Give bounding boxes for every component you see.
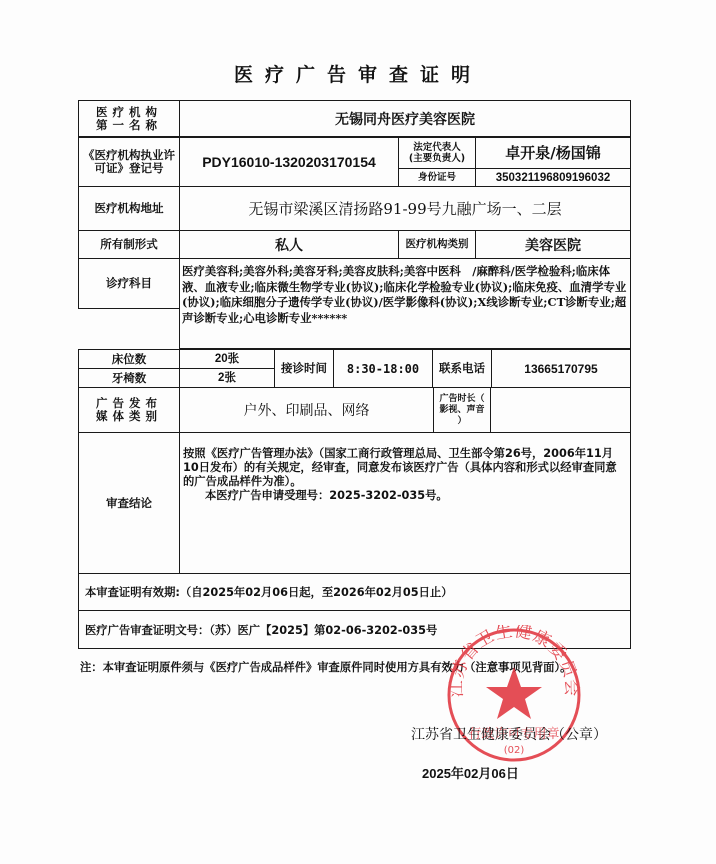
- label-line: 媒体类别: [96, 410, 162, 423]
- ownership-label: 所有制形式: [78, 230, 180, 259]
- license-number: PDY16010-1320203170154: [179, 136, 399, 187]
- issue-date: 2025年02月06日: [422, 763, 519, 782]
- document-title: 医疗广告审查证明: [0, 60, 716, 87]
- label-line: 《医疗机构执业许: [83, 149, 175, 162]
- category-value: 美容医院: [475, 230, 631, 259]
- media-type-value: 户外、印刷品、网络: [179, 387, 434, 433]
- label-line: (主要负责人): [409, 153, 465, 164]
- scope-label: 诊疗科目: [78, 258, 180, 309]
- conclusion-paragraph: 按照《医疗广告管理办法》（国家工商行政管理总局、卫生部令第26号，2006年11…: [183, 447, 626, 489]
- conclusion-text: 按照《医疗广告管理办法》（国家工商行政管理总局、卫生部令第26号，2006年11…: [179, 432, 631, 574]
- hours-label: 接诊时间: [274, 349, 334, 388]
- issuing-authority: 江苏省卫生健康委员会（公章）: [411, 724, 607, 744]
- label-line: 第一名称: [96, 119, 162, 132]
- chairs-label: 牙椅数: [78, 368, 180, 388]
- id-number-label: 身份证号: [398, 168, 476, 187]
- id-number-value: 350321196809196032: [475, 168, 631, 187]
- institution-name-label: 医疗机构 第一名称: [78, 100, 180, 138]
- label-line: 可证》登记号: [95, 162, 164, 175]
- legal-rep-label: 法定代表人 (主要负责人): [398, 136, 476, 169]
- legal-rep-value: 卓开泉/杨国锦: [475, 136, 631, 169]
- validity-period: 本审查证明有效期:（自2025年02月06日起，至2026年02月05日止）: [78, 573, 631, 611]
- scope-value: 医疗美容科;美容外科;美容牙科;美容皮肤科;美容中医科 /麻醉科/医学检验科;临…: [179, 258, 631, 349]
- category-label: 医疗机构类别: [398, 230, 476, 259]
- conclusion-label: 审查结论: [78, 432, 180, 574]
- certificate-number: 医疗广告审查证明文号：（苏）医广【2025】第02-06-3202-035号: [78, 610, 631, 649]
- ad-duration-value: [490, 387, 631, 433]
- beds-value: 20张: [179, 349, 275, 369]
- svg-text:(02): (02): [504, 745, 525, 756]
- label-line: 广告时长（: [439, 394, 484, 405]
- ownership-value: 私人: [179, 230, 399, 259]
- label-line: ）: [457, 416, 466, 427]
- address-label: 医疗机构地址: [78, 186, 180, 231]
- label-line: 法定代表人: [413, 142, 461, 153]
- license-label: 《医疗机构执业许 可证》登记号: [78, 136, 180, 187]
- chairs-value: 2张: [179, 368, 275, 388]
- application-number: 本医疗广告申请受理号：2025-3202-035号。: [183, 489, 448, 503]
- hours-value: 8:30-18:00: [333, 349, 433, 388]
- label-line: 影视、声音: [439, 405, 484, 416]
- footnote: 注：本审查证明原件须与《医疗广告成品样件》审查原件同时使用方具有效力（注意事项见…: [80, 660, 650, 675]
- phone-label: 联系电话: [432, 349, 492, 388]
- media-type-label: 广告发布 媒体类别: [78, 387, 180, 433]
- beds-label: 床位数: [78, 349, 180, 369]
- phone-value: 13665170795: [491, 349, 631, 388]
- ad-duration-label: 广告时长（ 影视、声音 ）: [433, 387, 491, 433]
- address-value: 无锡市梁溪区清扬路91-99号九融广场一、二层: [179, 186, 631, 231]
- institution-name-value: 无锡同舟医疗美容医院: [179, 100, 631, 138]
